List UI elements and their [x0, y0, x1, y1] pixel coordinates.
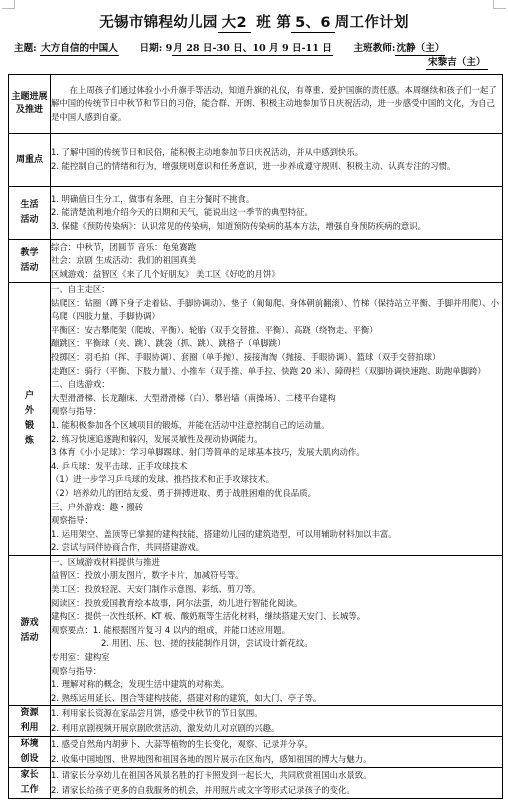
row-weekly-focus: 周重点 1. 了解中国的传统节日和民俗，能积极主动地参加节日庆祝活动，并从中感到…: [9, 134, 503, 187]
page-corner-mark-left: [2, 0, 15, 9]
content-environment-setup: 1. 感受自然角内胡萝卜、大蒜等植物的生长变化，观察、记录并分享。 2. 收集中…: [51, 737, 503, 768]
label-game-activities: 游戏 活动: [9, 555, 51, 706]
label-weekly-focus: 周重点: [9, 134, 51, 187]
row-life-activities: 生活 活动 1. 明确值日生分工，做事有条理，自主分餐时不挑食。 2. 能清楚流…: [9, 187, 503, 240]
date-label: 日期: 9: [140, 40, 173, 54]
teacher-second-line: 宋黎吉（主）: [426, 56, 488, 70]
label-life-activities: 生活 活动: [9, 187, 51, 240]
row-outdoor-exercise: 户 外 锻 炼 一、自主走区： 钻爬区：钻圈（蹲下身子走着钻、手脚协调动）、垫子…: [9, 283, 503, 556]
label-parent-work: 家长 工作: [9, 768, 51, 799]
content-weekly-focus: 1. 了解中国的传统节日和民俗，能积极主动地参加节日庆祝活动，并从中感到快乐。 …: [51, 134, 503, 187]
plan-meta-line: 主题: 大方自信的中国人 日期: 9月 28 日-30 日、10 月 9 日-1…: [14, 40, 445, 56]
content-game-activities: 一、区域游戏材料提供与推进 益智区：投放小朋友图片，数字卡片，加减符号等。 美工…: [51, 555, 503, 706]
page-title: 无锡市锦程幼儿园大2 班 第5、6周工作计划: [0, 11, 508, 33]
content-outdoor-exercise: 一、自主走区： 钻爬区：钻圈（蹲下身子走着钻、手脚协调动）、垫子（匍匐爬、身体朝…: [51, 283, 503, 556]
teacher-name-2: 宋黎吉（主）: [426, 56, 488, 70]
content-theme-progress: 在上周孩子们通过体验小小升旗手等活动，知道升旗的礼仪，有尊重、爱护国旗的责任感。…: [51, 75, 503, 134]
row-game-activities: 游戏 活动 一、区域游戏材料提供与推进 益智区：投放小朋友图片，数字卡片，加减符…: [9, 555, 503, 706]
row-parent-work: 家长 工作 1. 请家长分享幼儿在祖国各风景名胜的打卡照发到一起长大，共同欣赏祖…: [9, 768, 503, 799]
label-teaching-activities: 教学 活动: [9, 240, 51, 283]
teacher-label: 主班教师:: [354, 40, 396, 54]
school-name: 无锡市锦程幼儿园: [99, 15, 217, 31]
label-theme-progress: 主题进展及推进: [9, 75, 51, 134]
weekly-plan-table: 主题进展及推进 在上周孩子们通过体验小小升旗手等活动，知道升旗的礼仪，有尊重、爱…: [8, 74, 503, 799]
page-corner-mark-right: [493, 0, 506, 9]
teacher-name-1: 沈静（主）: [395, 42, 445, 56]
date-value: 月 28 日-30 日、10 月 9 日-11 日: [172, 42, 333, 56]
content-parent-work: 1. 请家长分享幼儿在祖国各风景名胜的打卡照发到一起长大，共同欣赏祖国山水景致。…: [51, 768, 503, 799]
content-teaching-activities: 综合：中秋节，团圆节 音乐：龟兔赛跑 社会：京剧 生成活动：我们的祖国真美 区域…: [51, 240, 503, 283]
row-environment-setup: 环境 创设 1. 感受自然角内胡萝卜、大蒜等植物的生长变化，观察、记录并分享。 …: [9, 737, 503, 768]
row-resource-use: 资源 利用 1. 利用家长资源在家品尝月饼，感受中秋节的节日氛围。 2. 利用京…: [9, 706, 503, 737]
class-suffix: 班 第: [256, 15, 291, 31]
label-environment-setup: 环境 创设: [9, 737, 51, 768]
week-numbers: 5、6: [291, 15, 335, 33]
class-name: 大2: [218, 15, 251, 33]
theme-value: 大方自信的中国人: [40, 42, 119, 56]
label-resource-use: 资源 利用: [9, 706, 51, 737]
row-teaching-activities: 教学 活动 综合：中秋节，团圆节 音乐：龟兔赛跑 社会：京剧 生成活动：我们的祖…: [9, 240, 503, 283]
content-resource-use: 1. 利用家长资源在家品尝月饼，感受中秋节的节日氛围。 2. 利用京剧视频开展京…: [51, 706, 503, 737]
title-suffix: 周工作计划: [335, 15, 409, 31]
row-theme-progress: 主题进展及推进 在上周孩子们通过体验小小升旗手等活动，知道升旗的礼仪，有尊重、爱…: [9, 75, 503, 134]
content-life-activities: 1. 明确值日生分工，做事有条理，自主分餐时不挑食。 2. 能清楚流利地介绍今天…: [51, 187, 503, 240]
theme-label: 主题:: [14, 40, 37, 54]
label-outdoor-exercise: 户 外 锻 炼: [9, 283, 51, 556]
